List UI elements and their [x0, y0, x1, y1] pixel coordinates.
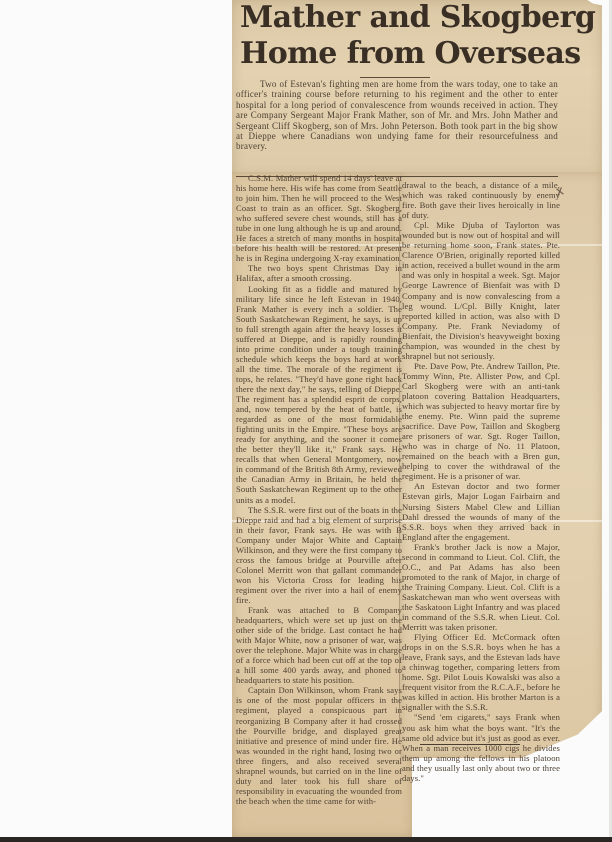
paragraph: The two boys spent Christmas Day in Hali…: [236, 263, 402, 283]
headline-line-1: Mather and Skogberg: [240, 0, 590, 36]
scan-edge-bottom: [0, 837, 612, 842]
article-column-left: C.S.M. Mather will spend 14 days' leave …: [236, 173, 402, 806]
paragraph: Flying Officer Ed. McCormack often drops…: [402, 632, 560, 712]
paragraph: An Estevan doctor and two former Estevan…: [402, 481, 560, 541]
paragraph: "Send 'em cigarets," says Frank when you…: [402, 712, 560, 782]
paragraph: drawal to the beach, a distance of a mil…: [402, 180, 560, 220]
column-divider: [399, 180, 400, 740]
paragraph: Frank's brother Jack is now a Major, sec…: [402, 542, 560, 632]
paragraph: Cpl. Mike Djuba of Taylorton was wounded…: [402, 220, 560, 361]
article-column-right: drawal to the beach, a distance of a mil…: [402, 180, 560, 783]
paragraph: Frank was attached to B Company headquar…: [236, 605, 402, 685]
headline-line-2: Home from Overseas: [240, 36, 590, 72]
paragraph: Pte. Dave Pow, Pte. Andrew Taillon, Pte.…: [402, 361, 560, 482]
article-lede: Two of Estevan's fighting men are home f…: [236, 79, 558, 152]
article-end-rule: [420, 744, 520, 745]
paragraph: The S.S.R. were first out of the boats i…: [236, 505, 402, 605]
article-headline: Mather and Skogberg Home from Overseas: [240, 0, 590, 72]
paragraph: Captain Don Wilkinson, whom Frank says i…: [236, 685, 402, 806]
headline-rule: [360, 77, 430, 78]
paragraph: Looking fit as a fiddle and matured by m…: [236, 284, 402, 505]
paragraph: C.S.M. Mather will spend 14 days' leave …: [236, 173, 402, 263]
